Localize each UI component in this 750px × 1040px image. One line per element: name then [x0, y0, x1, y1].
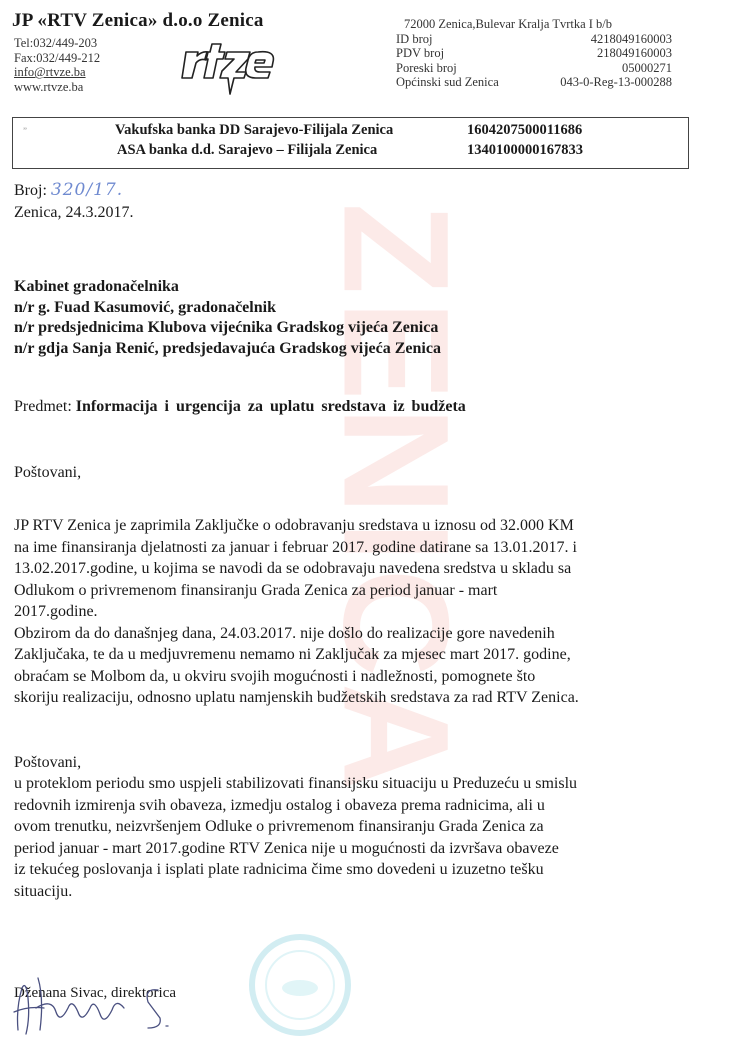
registry-label: PDV broj	[396, 46, 444, 61]
handwritten-signature-icon	[8, 968, 238, 1038]
company-name: JP «RTV Zenica» d.o.o Zenica	[12, 10, 264, 32]
registry-row: PDV broj 218049160003	[396, 46, 672, 61]
phone: Tel:032/449-203	[14, 36, 100, 51]
registry-block: 72000 Zenica,Bulevar Kralja Tvrtka I b/b…	[396, 17, 672, 90]
bank-account: 1340100000167833	[467, 142, 583, 159]
bank-name: ASA banka d.d. Sarajevo – Filijala Zenic…	[117, 142, 467, 159]
greeting: Poštovani,	[14, 462, 744, 484]
registry-label: Općinski sud Zenica	[396, 75, 499, 90]
text-line: situaciju.	[14, 881, 744, 903]
recipient-line: n/r predsjednicima Klubova vijećnika Gra…	[14, 318, 441, 339]
text-line: obraćam se Molbom da, u okviru svojih mo…	[14, 666, 744, 688]
subject-line: Predmet: Informacija i urgencija za upla…	[14, 398, 466, 416]
text-line: skoriju realizaciju, odnosno uplatu namj…	[14, 687, 744, 709]
text-line: 2017.godine.	[14, 601, 744, 623]
reference-number: Broj: 320/17.	[14, 180, 123, 200]
text-line: JP RTV Zenica je zaprimila Zaključke o o…	[14, 515, 744, 537]
fax: Fax:032/449-212	[14, 51, 100, 66]
body-paragraph-1: JP RTV Zenica je zaprimila Zaključke o o…	[14, 515, 744, 709]
registry-value: 4218049160003	[591, 32, 672, 47]
text-line: u proteklom periodu smo uspjeli stabiliz…	[14, 773, 744, 795]
bank-name: Vakufska banka DD Sarajevo-Filijala Zeni…	[115, 122, 467, 139]
bank-account: 1604207500011686	[467, 122, 582, 139]
registry-label: Poreski broj	[396, 61, 457, 76]
bank-row: Vakufska banka DD Sarajevo-Filijala Zeni…	[115, 122, 582, 139]
text-line: ovom trenutku, neizvršenjem Odluke o pri…	[14, 816, 744, 838]
reference-label: Broj:	[14, 182, 47, 199]
registry-row: Poreski broj 05000271	[396, 61, 672, 76]
bank-row: ASA banka d.d. Sarajevo – Filijala Zenic…	[117, 142, 583, 159]
registry-value: 05000271	[622, 61, 672, 76]
website-link[interactable]: www.rtvze.ba	[14, 80, 100, 95]
official-stamp-icon	[245, 930, 355, 1040]
text-line: Obzirom da do današnjeg dana, 24.03.2017…	[14, 623, 744, 645]
text-line: Zaključaka, te da u medjuvremenu nemamo …	[14, 644, 744, 666]
recipient-line: n/r gdja Sanja Renić, predsjedavajuća Gr…	[14, 339, 441, 360]
recipient-line: n/r g. Fuad Kasumović, gradonačelnik	[14, 298, 441, 319]
company-address: 72000 Zenica,Bulevar Kralja Tvrtka I b/b	[396, 17, 672, 32]
registry-row: ID broj 4218049160003	[396, 32, 672, 47]
registry-value: 218049160003	[597, 46, 672, 61]
place-date: Zenica, 24.3.2017.	[14, 204, 134, 222]
registry-label: ID broj	[396, 32, 432, 47]
text-line: 13.02.2017.godine, u kojima se navodi da…	[14, 558, 744, 580]
body-paragraph-2: u proteklom periodu smo uspjeli stabiliz…	[14, 773, 744, 902]
text-line: na ime finansiranja djelatnosti za janua…	[14, 537, 744, 559]
rtvze-logo-icon	[180, 38, 278, 96]
email-link[interactable]: info@rtvze.ba	[14, 65, 100, 80]
registry-value: 043-0-Reg-13-000288	[560, 75, 672, 90]
reference-handwritten-value: 320/17.	[51, 180, 123, 200]
contact-block: Tel:032/449-203 Fax:032/449-212 info@rtv…	[14, 36, 100, 94]
subject-label: Predmet:	[14, 398, 76, 415]
scan-mark: ”	[23, 126, 27, 136]
text-line: redovnih izmirenja svih obaveza, izmedju…	[14, 795, 744, 817]
text-line: Odlukom o privremenom finansiranju Grada…	[14, 580, 744, 602]
subject-text: Informacija i urgencija za uplatu sredst…	[76, 398, 466, 415]
greeting: Poštovani,	[14, 752, 744, 774]
recipient-line: Kabinet gradonačelnika	[14, 277, 441, 298]
registry-row: Općinski sud Zenica 043-0-Reg-13-000288	[396, 75, 672, 90]
recipients-block: Kabinet gradonačelnika n/r g. Fuad Kasum…	[14, 277, 441, 359]
text-line: iz tekućeg poslovanja i isplati plate ra…	[14, 859, 744, 881]
text-line: period januar - mart 2017.godine RTV Zen…	[14, 838, 744, 860]
bank-accounts-box: ” Vakufska banka DD Sarajevo-Filijala Ze…	[12, 117, 689, 169]
